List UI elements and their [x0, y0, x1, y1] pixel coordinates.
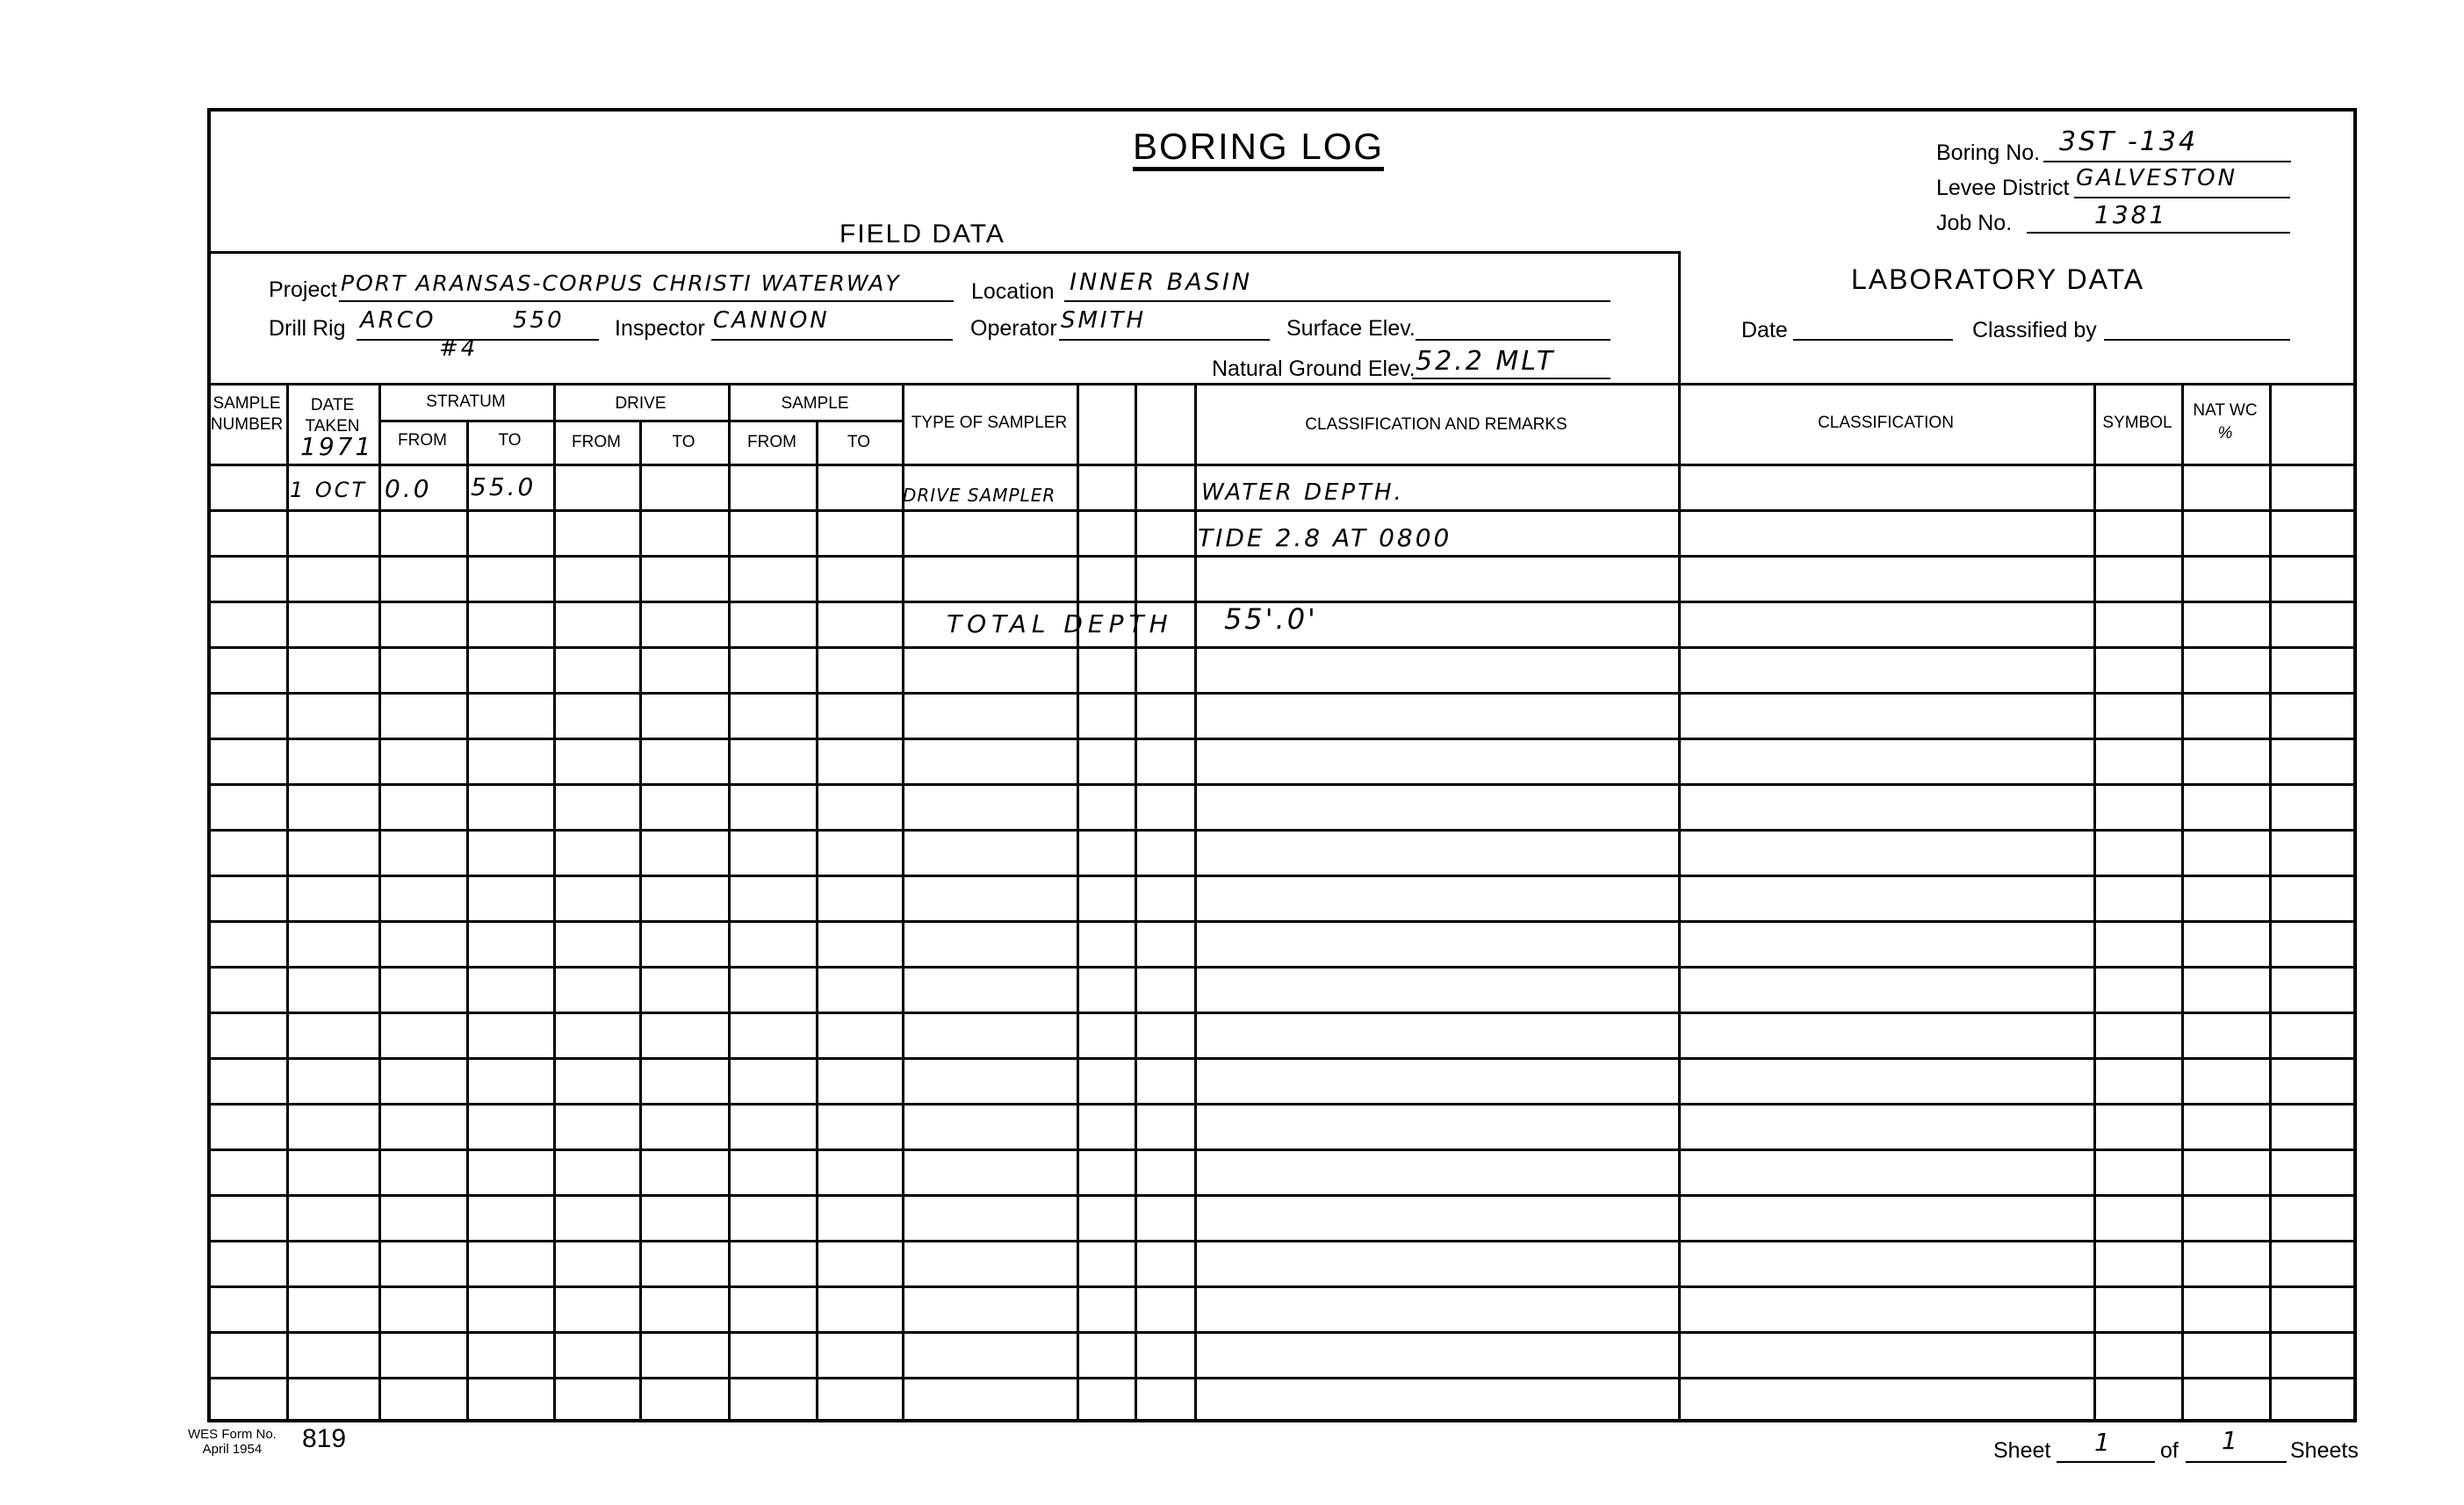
natural-ground-elev-label: Natural Ground Elev. [1212, 356, 1416, 382]
table-column-rule [378, 383, 381, 1422]
boring-no-value[interactable]: 3ST -134 [2059, 126, 2198, 157]
row-2-remarks[interactable]: TIDE 2.8 AT 0800 [1198, 523, 1452, 552]
surface-elev-label: Surface Elev. [1286, 316, 1416, 342]
th-drive: DRIVE [553, 393, 728, 414]
table-column-rule [2093, 383, 2096, 1422]
natural-ground-elev-value[interactable]: 52.2 MLT [1416, 346, 1555, 377]
location-value[interactable]: INNER BASIN [1070, 269, 1252, 296]
table-row-rule [207, 1285, 2357, 1288]
form-date: April 1954 [188, 1443, 277, 1458]
date-taken-year: 1971 [300, 432, 373, 461]
th-classification: CLASSIFICATION [1678, 413, 2093, 434]
levee-district-value[interactable]: GALVESTON [2076, 165, 2237, 191]
table-row-rule [207, 875, 2357, 877]
table-row-rule [207, 966, 2357, 969]
table-row-rule [207, 509, 2357, 512]
table-column-rule [466, 420, 469, 1422]
table-row-rule [207, 555, 2357, 558]
sheet-line [2057, 1461, 2155, 1463]
table-column-rule [1678, 383, 1681, 1422]
table-column-rule [728, 383, 731, 1422]
table-row-rule [207, 1103, 2357, 1105]
th-nat-wc: NAT WC [2181, 400, 2269, 421]
table-header-rule [207, 464, 2357, 466]
drill-rig-value[interactable]: ARCO [360, 307, 436, 334]
inspector-line [711, 339, 953, 341]
table-column-rule [553, 383, 556, 1422]
table-row-rule [207, 646, 2357, 649]
drill-rig-number[interactable]: #4 [439, 335, 478, 362]
table-row-rule [207, 738, 2357, 740]
project-line [339, 300, 954, 302]
boring-no-line [2043, 161, 2291, 162]
th-nat-wc-unit: % [2181, 423, 2269, 444]
table-column-rule [2181, 383, 2184, 1422]
surface-elev-line [1416, 339, 1610, 341]
table-column-rule [902, 383, 904, 1422]
th-date-taken: DATE TAKEN [286, 395, 378, 437]
total-sheets-line [2186, 1461, 2287, 1463]
location-label: Location [971, 279, 1055, 305]
operator-label: Operator [970, 316, 1057, 342]
classified-by-label: Classified by [1972, 318, 2097, 343]
row-1-date[interactable]: 1 OCT [290, 478, 367, 502]
inspector-value[interactable]: CANNON [713, 307, 830, 334]
drill-rig-label: Drill Rig [269, 316, 346, 342]
operator-line [1059, 339, 1270, 341]
th-stratum-to: TO [466, 430, 553, 451]
field-data-heading: FIELD DATA [839, 220, 1005, 249]
row-1-sampler[interactable]: DRIVE SAMPLER [903, 485, 1055, 506]
table-column-rule [2269, 383, 2272, 1422]
th-sample-from: FROM [728, 432, 816, 453]
field-data-top-rule [207, 251, 1679, 254]
lab-data-heading: LABORATORY DATA [1851, 263, 2144, 296]
form-title: BORING LOG [1133, 128, 1384, 171]
th-stratum: STRATUM [378, 392, 553, 413]
table-row-rule [207, 1240, 2357, 1242]
form-label-block: WES Form No. April 1954 [188, 1428, 277, 1457]
table-column-rule [1135, 383, 1137, 1422]
project-label: Project [269, 277, 337, 303]
classified-by-line [2104, 339, 2290, 341]
th-type-of-sampler: TYPE OF SAMPLER [902, 413, 1077, 434]
row-1-remarks[interactable]: WATER DEPTH. [1201, 479, 1404, 506]
th-stratum-from: FROM [378, 430, 466, 451]
lab-date-label: Date [1741, 318, 1788, 343]
table-column-rule [1077, 383, 1079, 1422]
operator-value[interactable]: SMITH [1061, 307, 1146, 334]
table-column-rule [639, 420, 642, 1422]
table-row-rule [207, 1331, 2357, 1334]
levee-district-line [2074, 197, 2290, 198]
location-line [1064, 300, 1610, 302]
th-drive-from: FROM [553, 432, 639, 453]
table-column-rule [816, 420, 818, 1422]
job-no-label: Job No. [1936, 211, 2012, 236]
row-1-stratum-to[interactable]: 55.0 [471, 472, 536, 501]
table-row-rule [207, 920, 2357, 923]
th-sample: SAMPLE [728, 393, 902, 414]
job-no-line [2027, 232, 2290, 234]
form-frame [207, 108, 2357, 1422]
table-row-rule [207, 1057, 2357, 1060]
natural-ground-elev-line [1412, 378, 1610, 379]
lab-date-line [1793, 339, 1953, 341]
row-4-sampler[interactable]: TOTAL DEPTH [947, 609, 1173, 638]
table-column-rule [1194, 383, 1197, 1422]
job-no-value[interactable]: 1381 [2094, 200, 2167, 229]
drill-rig-model[interactable]: 550 [513, 307, 565, 334]
sheets-label: Sheets [2290, 1438, 2359, 1464]
table-top-rule [207, 383, 2357, 385]
table-row-rule [207, 692, 2357, 695]
table-row-rule [207, 1012, 2357, 1014]
form-label: WES Form No. [188, 1428, 277, 1443]
sheet-value[interactable]: 1 [2094, 1428, 2113, 1457]
table-row-rule [207, 829, 2357, 832]
of-label: of [2160, 1438, 2179, 1464]
th-classification-remarks: CLASSIFICATION AND REMARKS [1194, 414, 1678, 436]
form-number: 819 [302, 1424, 346, 1454]
row-4-remarks[interactable]: 55'.0' [1224, 602, 1318, 636]
levee-district-label: Levee District [1936, 176, 2069, 201]
table-row-rule [207, 783, 2357, 786]
boring-no-label: Boring No. [1936, 140, 2040, 166]
th-drive-to: TO [639, 432, 728, 453]
table-column-rule [286, 383, 289, 1422]
table-row-rule [207, 1377, 2357, 1379]
total-sheets-value[interactable]: 1 [2222, 1426, 2240, 1455]
inspector-label: Inspector [615, 316, 705, 342]
th-sample-to: TO [816, 432, 902, 453]
project-value[interactable]: PORT ARANSAS-CORPUS CHRISTI WATERWAY [341, 270, 901, 296]
sheet-label: Sheet [1993, 1438, 2050, 1464]
th-symbol: SYMBOL [2093, 413, 2181, 434]
row-1-stratum-from[interactable]: 0.0 [385, 474, 432, 503]
table-row-rule [207, 1194, 2357, 1197]
table-row-rule [207, 1149, 2357, 1151]
th-sample-number: SAMPLE NUMBER [207, 393, 286, 436]
